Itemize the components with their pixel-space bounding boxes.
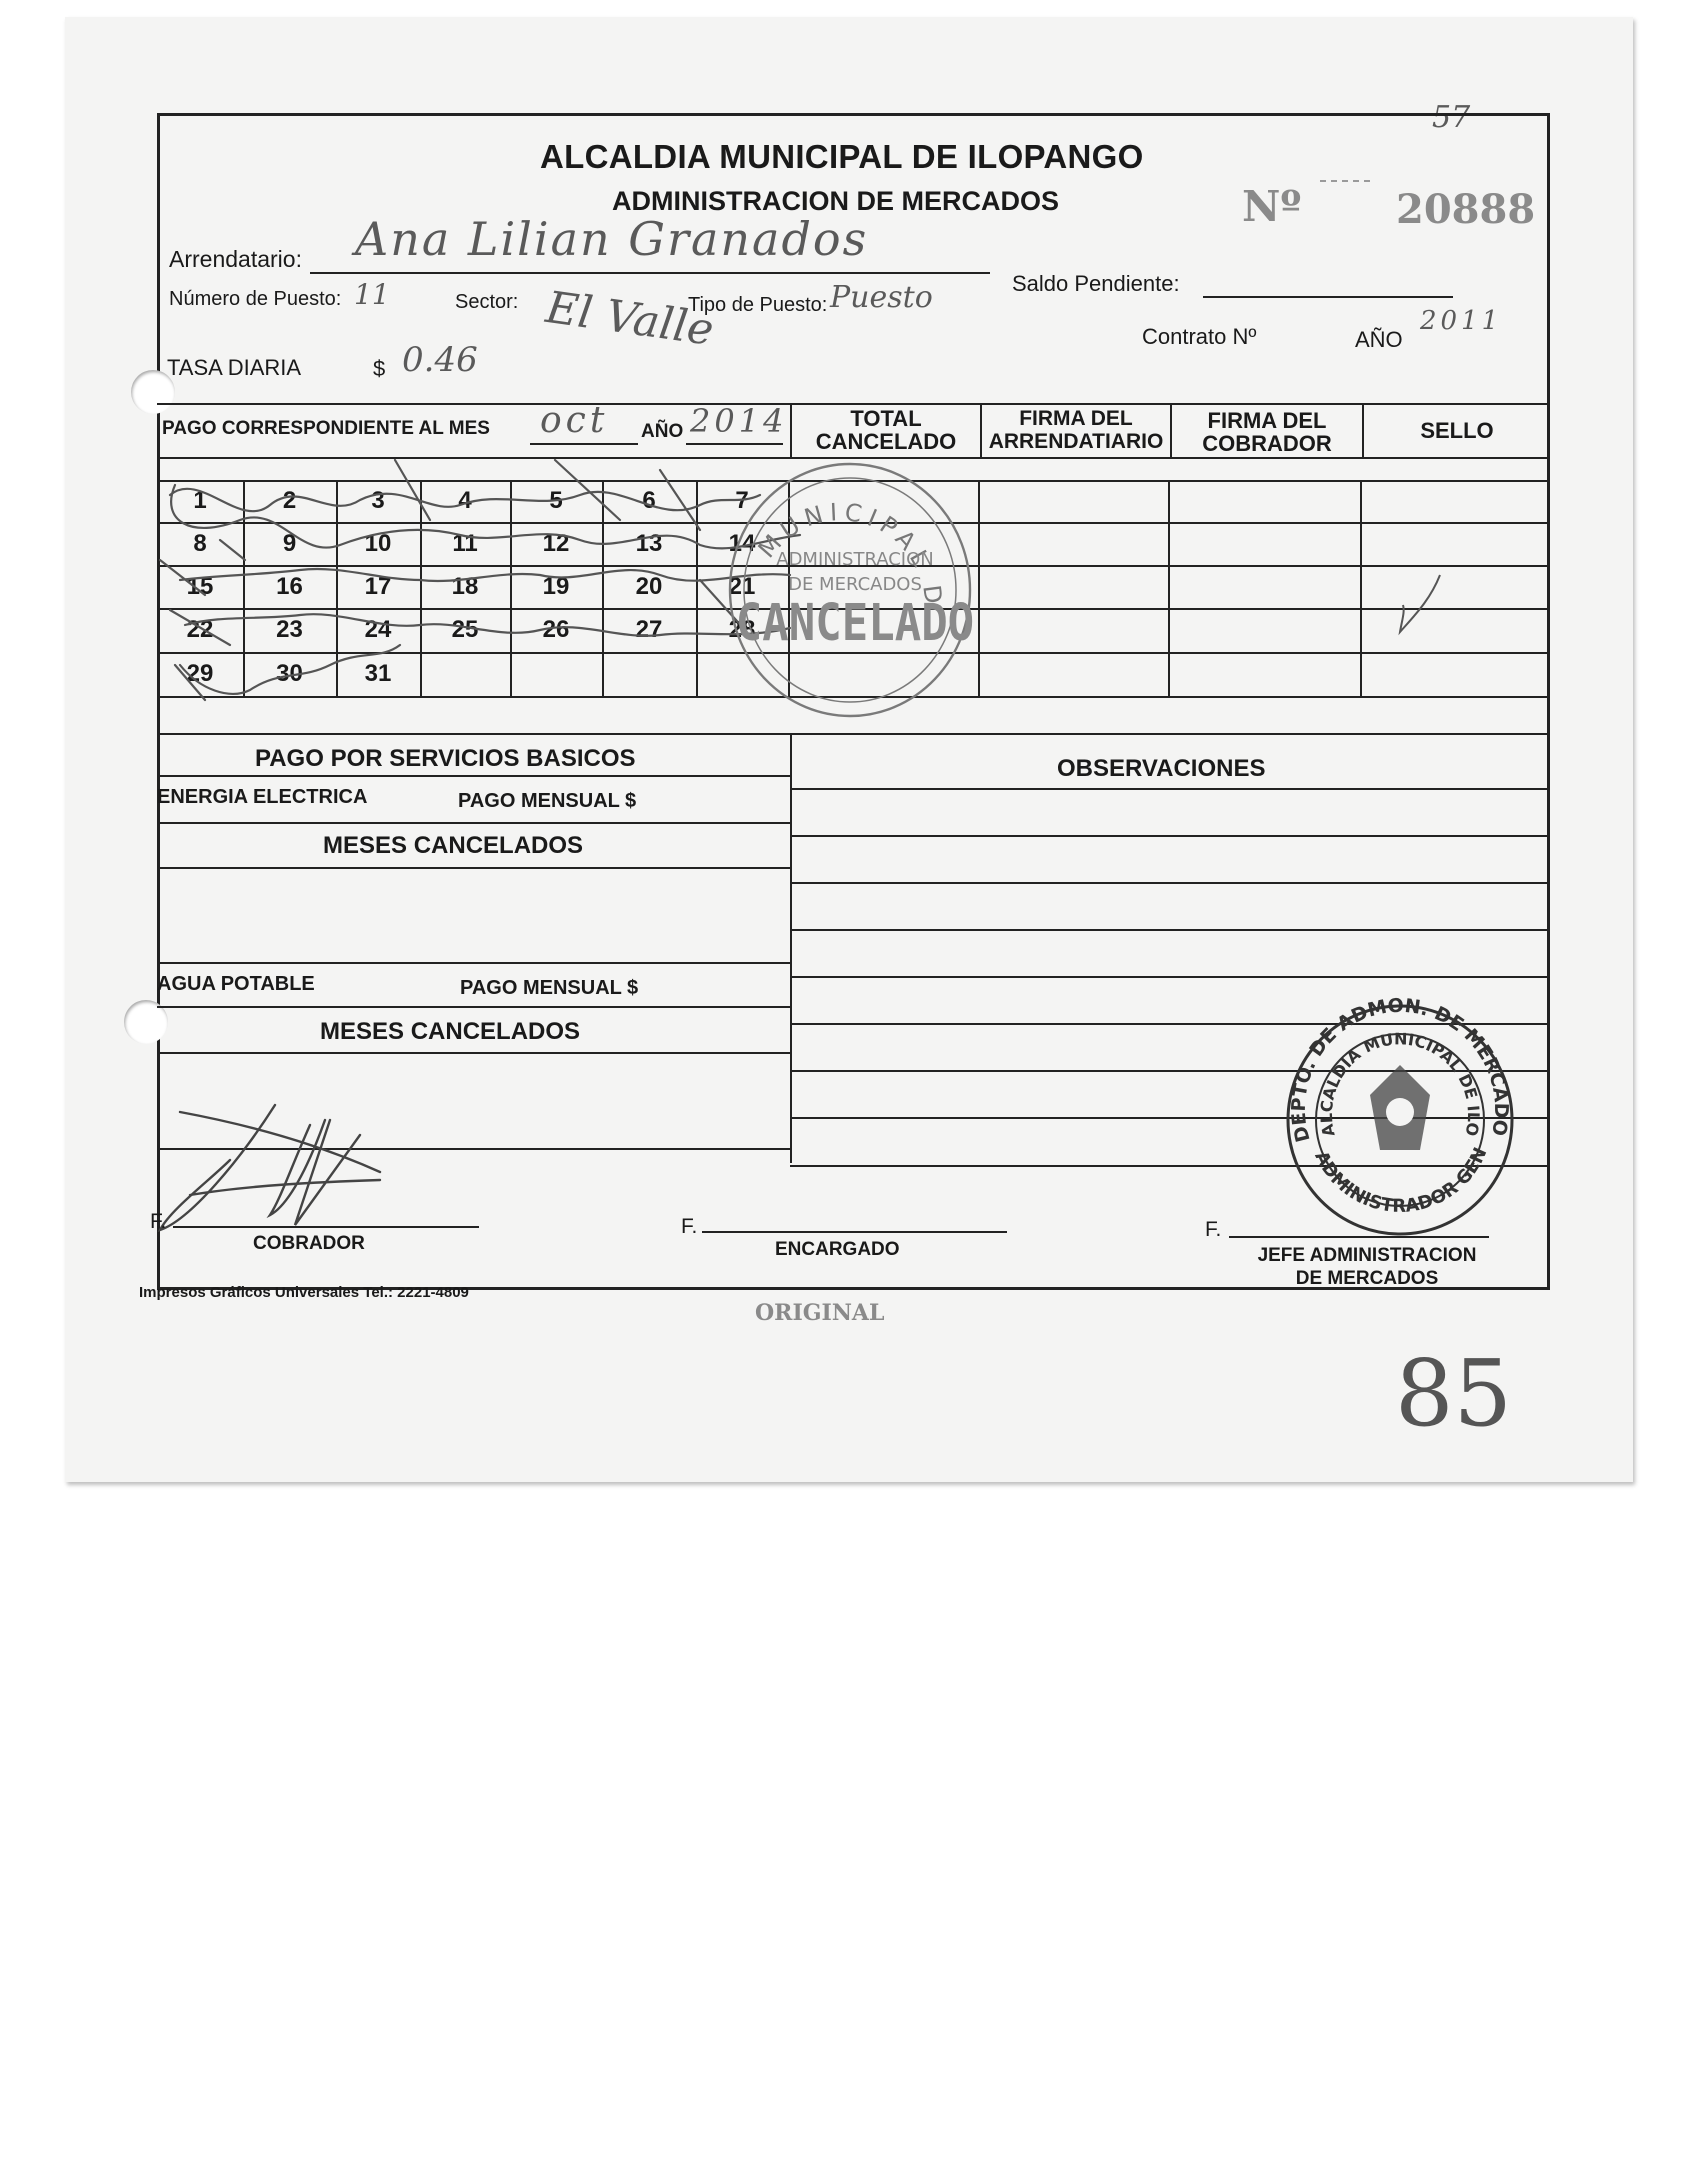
agua-pago-label: PAGO MENSUAL $	[460, 977, 638, 1000]
svg-text:CANCELADO: CANCELADO	[736, 594, 974, 653]
energia-meses-value[interactable]	[160, 870, 785, 960]
sello-check-icon	[1390, 560, 1470, 660]
obs-line	[790, 788, 1550, 790]
services-line	[157, 1052, 790, 1054]
cobrador-label: COBRADOR	[253, 1233, 365, 1255]
jefe-label: JEFE ADMINISTRACION DE MERCADOS	[1222, 1244, 1512, 1290]
agua-meses-label: MESES CANCELADOS	[320, 1018, 580, 1046]
admin-stamp: DEPTO. DE ADMON. DE MERCADOS ALCALDIA MU…	[1270, 990, 1530, 1250]
services-title: PAGO POR SERVICIOS BASICOS	[255, 745, 636, 773]
observaciones-title: OBSERVACIONES	[1057, 755, 1266, 783]
svg-text:ADMINISTRACION: ADMINISTRACION	[776, 549, 934, 570]
cobrador-f-label: F.	[150, 1210, 166, 1234]
services-line	[157, 962, 790, 964]
encargado-signature-line[interactable]	[702, 1231, 1007, 1233]
encargado-f-label: F.	[681, 1215, 697, 1239]
cancelado-stamp: MUNICIPAL DE ILOPANGO ADMINISTRACION DE …	[700, 440, 1000, 740]
encargado-label: ENCARGADO	[775, 1239, 900, 1261]
services-obs-divider	[790, 733, 792, 1163]
printer-credit: Impresos Gráficos Universales Tel.: 2221…	[139, 1284, 469, 1301]
jefe-signature-line[interactable]	[1229, 1236, 1489, 1238]
services-line	[157, 867, 790, 869]
page-number-bottom: 85	[1395, 1340, 1512, 1447]
energia-label: ENERGIA ELECTRICA	[157, 786, 367, 809]
copy-label: ORIGINAL	[755, 1300, 884, 1326]
services-line	[157, 1006, 790, 1008]
svg-text:DE MERCADOS: DE MERCADOS	[788, 574, 922, 595]
jefe-f-label: F.	[1205, 1218, 1221, 1242]
energia-pago-label: PAGO MENSUAL $	[458, 790, 636, 813]
cobrador-signature-line[interactable]	[173, 1226, 479, 1228]
services-line	[157, 775, 790, 777]
services-line	[157, 822, 790, 824]
agua-label: AGUA POTABLE	[157, 973, 315, 996]
energia-meses-label: MESES CANCELADOS	[323, 832, 583, 860]
